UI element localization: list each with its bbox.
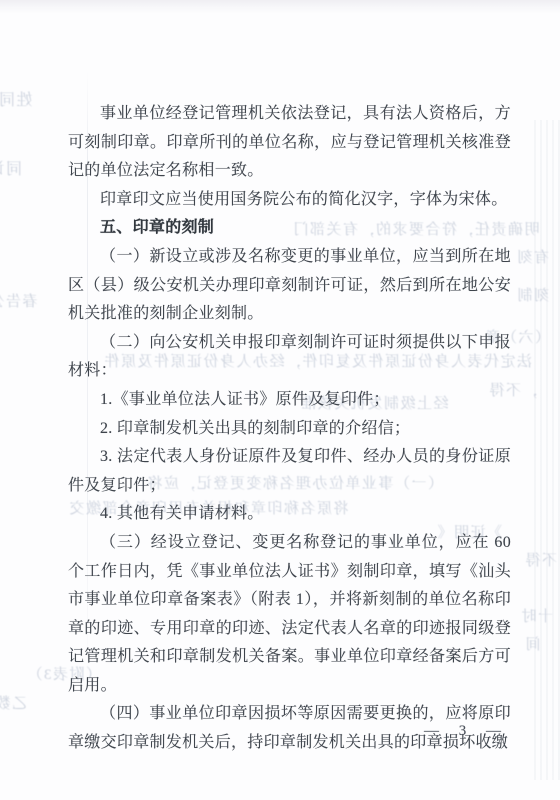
document-body: 事业单位经登记管理机关依法登记，具有法人资格后，方可刻制印章。印章所刊的单位名称… bbox=[68, 100, 511, 758]
bleedthrough-fragment: 同记 bbox=[0, 162, 22, 178]
list-item-2: 2. 印章制发机关出具的刻制印章的介绍信； bbox=[68, 415, 511, 444]
list-item-1: 1.《事业单位法人证书》原件及复印件； bbox=[68, 386, 511, 415]
section-heading-seal-engraving: 五、印章的刻制 bbox=[68, 214, 511, 243]
bleedthrough-fragment: 间 bbox=[524, 638, 541, 653]
para-item-3: （三）经设立登记、变更名称登记的事业单位，应在 60 个工作日内，凭《事业单位法… bbox=[68, 529, 511, 701]
list-item-4: 4. 其他有关申请材料。 bbox=[68, 500, 511, 529]
para-item-1: （一）新设立或涉及名称变更的事业单位，应当到所在地区（县）级公安机关办理印章刻制… bbox=[68, 243, 511, 329]
bleedthrough-fragment: 乙数 bbox=[0, 697, 27, 712]
bleedthrough-fragment: 不得 bbox=[524, 554, 557, 569]
bleedthrough-fragment: 姓同期 bbox=[0, 93, 33, 109]
bleedthrough-fragment: 刻制 bbox=[516, 289, 549, 304]
para-item-2: （二）向公安机关申报印章刻制许可证时须提供以下申报材料： bbox=[68, 329, 511, 386]
bleedthrough-fragment: 有刻 bbox=[516, 251, 549, 266]
page-number: — 3 — bbox=[424, 723, 508, 740]
list-item-3: 3. 法定代表人身份证原件及复印件、经办人员的身份证原件及复印件； bbox=[68, 443, 511, 500]
scanned-document-page: 姓同期同记春告公明确责任，符合要求的，有关部门有刻刻制（六）章法定代表人身份证原… bbox=[0, 0, 560, 800]
bleedthrough-fragment: 十时 bbox=[520, 610, 553, 625]
bleedthrough-fragment: 春告公 bbox=[0, 295, 38, 310]
para-font-rule: 印章印文应当使用国务院公布的简化汉字，字体为宋体。 bbox=[68, 186, 511, 215]
para-registration-rule: 事业单位经登记管理机关依法登记，具有法人资格后，方可刻制印章。印章所刊的单位名称… bbox=[68, 100, 511, 186]
